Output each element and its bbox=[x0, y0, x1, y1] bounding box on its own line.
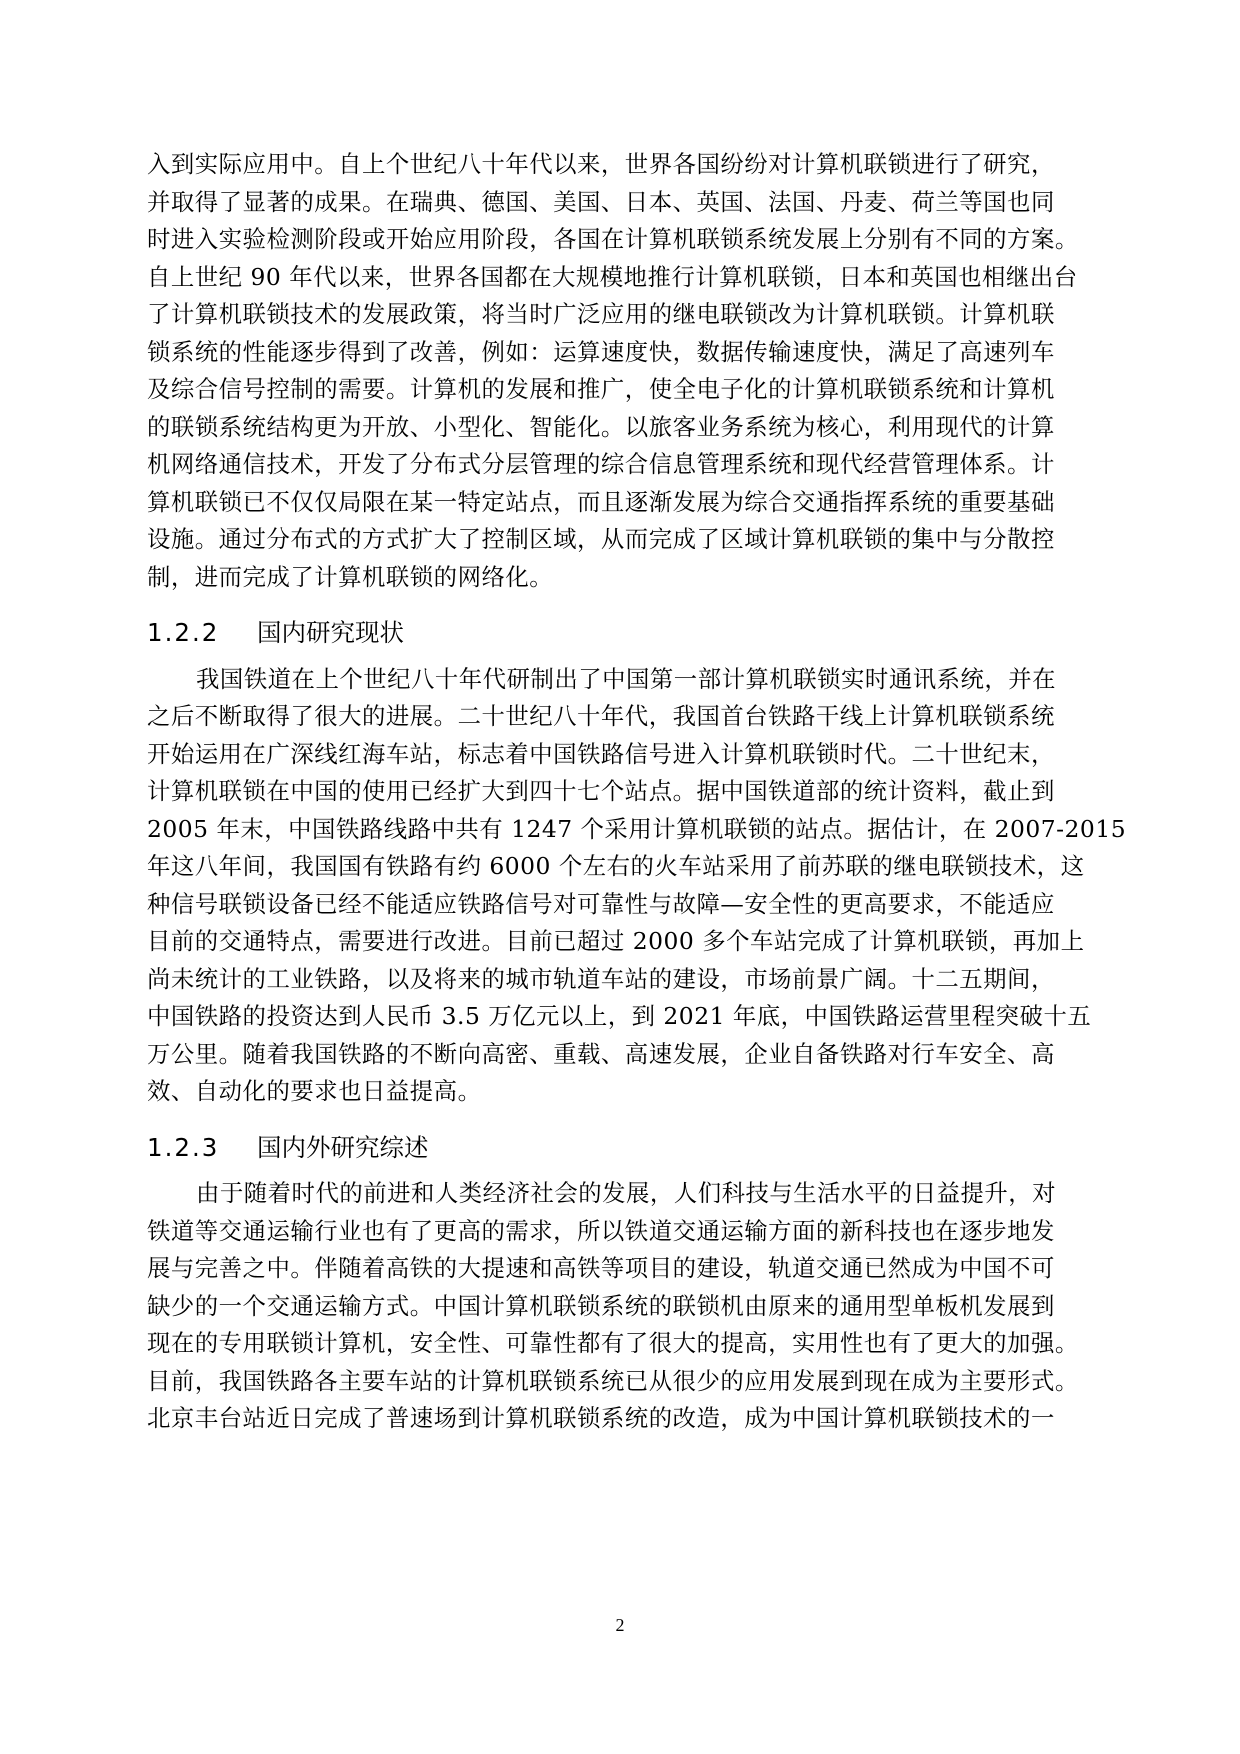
paragraph-continued: 入到实际应用中。自上个世纪八十年代以来，世界各国纷纷对计算机联锁进行了研究， 并… bbox=[147, 146, 1097, 596]
text-line: 北京丰台站近日完成了普速场到计算机联锁系统的改造，成为中国计算机联锁技术的一 bbox=[147, 1400, 1097, 1438]
text-line: 我国铁道在上个世纪八十年代研制出了中国第一部计算机联锁实时通讯系统，并在 bbox=[147, 661, 1097, 699]
text-line: 并取得了显著的成果。在瑞典、德国、美国、日本、英国、法国、丹麦、荷兰等国也同 bbox=[147, 184, 1097, 222]
text-line: 时进入实验检测阶段或开始应用阶段，各国在计算机联锁系统发展上分别有不同的方案。 bbox=[147, 221, 1097, 259]
text-line: 尚未统计的工业铁路，以及将来的城市轨道车站的建设，市场前景广阔。十二五期间， bbox=[147, 961, 1097, 999]
text-line: 效、自动化的要求也日益提高。 bbox=[147, 1073, 1097, 1111]
text-line: 了计算机联锁技术的发展政策，将当时广泛应用的继电联锁改为计算机联锁。计算机联 bbox=[147, 296, 1097, 334]
text-line: 自上世纪 90 年代以来，世界各国都在大规模地推行计算机联锁，日本和英国也相继出… bbox=[147, 259, 1097, 297]
text-line: 制，进而完成了计算机联锁的网络化。 bbox=[147, 559, 1097, 597]
text-line: 算机联锁已不仅仅局限在某一特定站点，而且逐渐发展为综合交通指挥系统的重要基础 bbox=[147, 484, 1097, 522]
page-number: 2 bbox=[0, 1615, 1240, 1636]
text-line: 目前的交通特点，需要进行改进。目前已超过 2000 多个车站完成了计算机联锁，再… bbox=[147, 923, 1097, 961]
section-title: 国内研究现状 bbox=[257, 614, 404, 652]
section-number: 1.2.2 bbox=[147, 614, 257, 652]
section-heading-1-2-2: 1.2.2国内研究现状 bbox=[147, 614, 1097, 652]
paragraph-domestic-research: 我国铁道在上个世纪八十年代研制出了中国第一部计算机联锁实时通讯系统，并在 之后不… bbox=[147, 661, 1097, 1111]
text-line: 锁系统的性能逐步得到了改善，例如：运算速度快，数据传输速度快，满足了高速列车 bbox=[147, 334, 1097, 372]
text-line: 由于随着时代的前进和人类经济社会的发展，人们科技与生活水平的日益提升，对 bbox=[147, 1175, 1097, 1213]
section-title: 国内外研究综述 bbox=[257, 1129, 429, 1167]
text-line: 2005 年末，中国铁路线路中共有 1247 个采用计算机联锁的站点。据估计，在… bbox=[147, 811, 1097, 849]
text-line: 年这八年间，我国国有铁路有约 6000 个左右的火车站采用了前苏联的继电联锁技术… bbox=[147, 848, 1097, 886]
text-line: 入到实际应用中。自上个世纪八十年代以来，世界各国纷纷对计算机联锁进行了研究， bbox=[147, 146, 1097, 184]
text-line: 铁道等交通运输行业也有了更高的需求，所以铁道交通运输方面的新科技也在逐步地发 bbox=[147, 1213, 1097, 1251]
section-number: 1.2.3 bbox=[147, 1129, 257, 1167]
text-line: 现在的专用联锁计算机，安全性、可靠性都有了很大的提高，实用性也有了更大的加强。 bbox=[147, 1325, 1097, 1363]
text-line: 展与完善之中。伴随着高铁的大提速和高铁等项目的建设，轨道交通已然成为中国不可 bbox=[147, 1250, 1097, 1288]
document-page: 入到实际应用中。自上个世纪八十年代以来，世界各国纷纷对计算机联锁进行了研究， 并… bbox=[147, 146, 1097, 1438]
text-line: 的联锁系统结构更为开放、小型化、智能化。以旅客业务系统为核心，利用现代的计算 bbox=[147, 409, 1097, 447]
text-line: 开始运用在广深线红海车站，标志着中国铁路信号进入计算机联锁时代。二十世纪末， bbox=[147, 736, 1097, 774]
text-line: 之后不断取得了很大的进展。二十世纪八十年代，我国首台铁路干线上计算机联锁系统 bbox=[147, 698, 1097, 736]
text-line: 设施。通过分布式的方式扩大了控制区域，从而完成了区域计算机联锁的集中与分散控 bbox=[147, 521, 1097, 559]
text-line: 及综合信号控制的需要。计算机的发展和推广，使全电子化的计算机联锁系统和计算机 bbox=[147, 371, 1097, 409]
text-line: 缺少的一个交通运输方式。中国计算机联锁系统的联锁机由原来的通用型单板机发展到 bbox=[147, 1288, 1097, 1326]
text-line: 万公里。随着我国铁路的不断向高密、重载、高速发展，企业自备铁路对行车安全、高 bbox=[147, 1036, 1097, 1074]
text-line: 中国铁路的投资达到人民币 3.5 万亿元以上，到 2021 年底，中国铁路运营里… bbox=[147, 998, 1097, 1036]
paragraph-research-review: 由于随着时代的前进和人类经济社会的发展，人们科技与生活水平的日益提升，对 铁道等… bbox=[147, 1175, 1097, 1438]
text-line: 机网络通信技术，开发了分布式分层管理的综合信息管理系统和现代经营管理体系。计 bbox=[147, 446, 1097, 484]
section-heading-1-2-3: 1.2.3国内外研究综述 bbox=[147, 1129, 1097, 1167]
text-line: 目前，我国铁路各主要车站的计算机联锁系统已从很少的应用发展到现在成为主要形式。 bbox=[147, 1363, 1097, 1401]
text-line: 种信号联锁设备已经不能适应铁路信号对可靠性与故障—安全性的更高要求，不能适应 bbox=[147, 886, 1097, 924]
text-line: 计算机联锁在中国的使用已经扩大到四十七个站点。据中国铁道部的统计资料，截止到 bbox=[147, 773, 1097, 811]
